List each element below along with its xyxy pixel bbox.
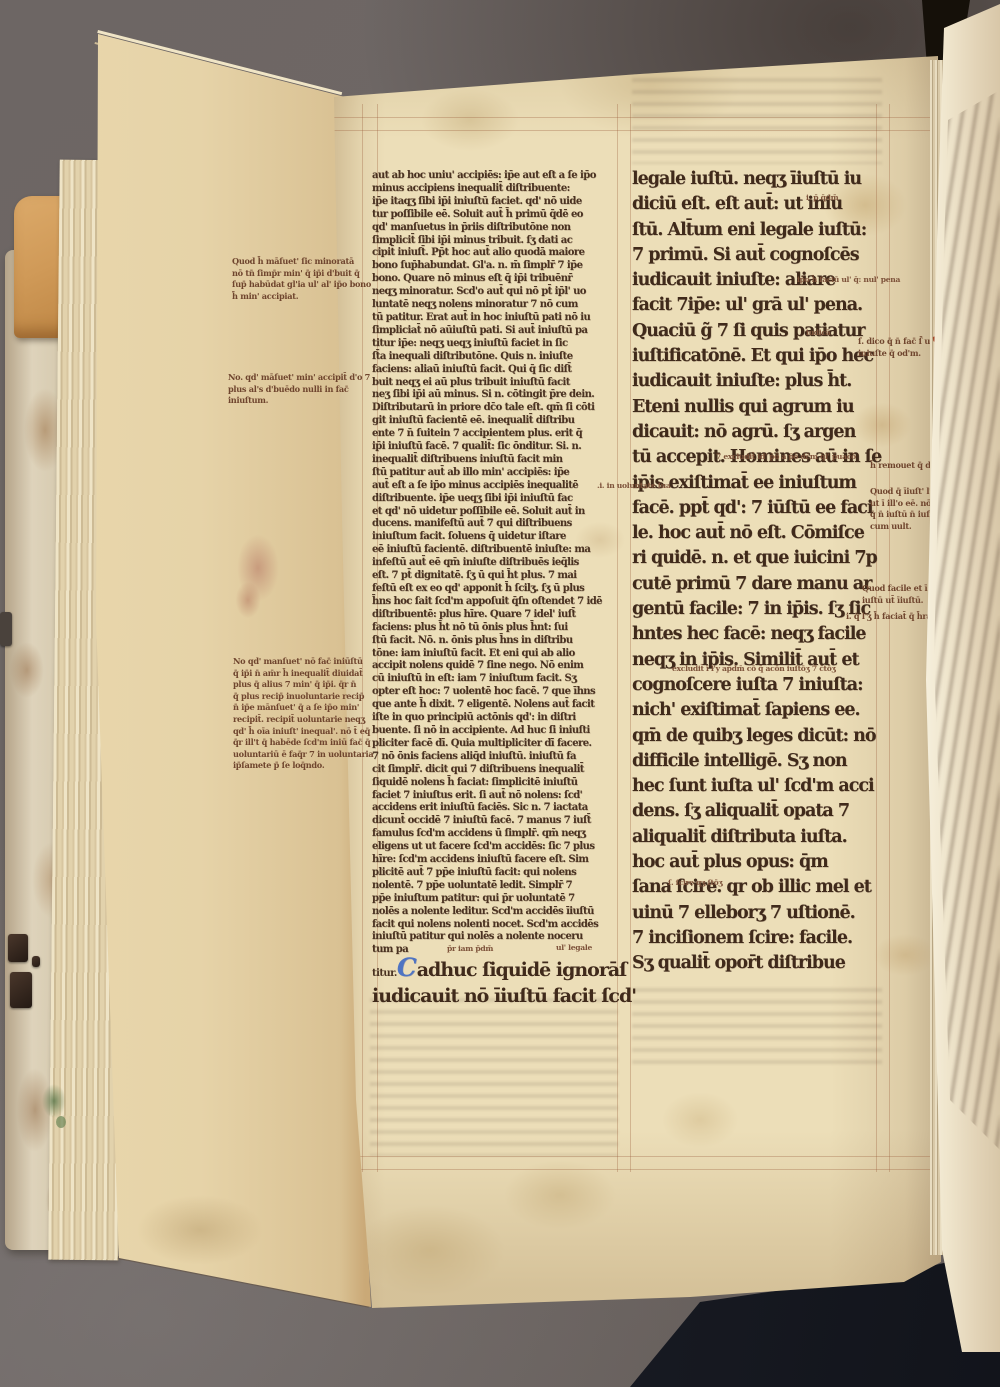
- interlinear-gloss: p̄r iam p̄dm̄: [447, 944, 493, 953]
- commentary-runover: titur.: [372, 968, 397, 979]
- interlinear-gloss: ul' legale: [556, 943, 592, 952]
- lemma-line-2: iudicauit nō īiuſtū facit ſcd': [372, 985, 636, 1007]
- lemma-text: adhuc ſiquidē ignorāſ: [417, 959, 627, 981]
- ink-show-through: [370, 998, 618, 1156]
- margin-note-left-2: No. qd' māſuet' min' accipit̄ d'o 7 plus…: [228, 372, 370, 407]
- ruling-line: [630, 104, 631, 1172]
- lemma-line-1: titur.Cadhuc ſiquidē ignorāſ: [372, 953, 626, 982]
- manuscript-photograph: aut̄ ab hoc uniu' accipiēs: ip̄e aut̄ eſ…: [0, 0, 1000, 1387]
- interlinear-gloss: excludit̄ ī l'y ap̄dm̄ cō q̄ acōn iuſtōʒ…: [672, 664, 836, 673]
- ink-show-through: [632, 78, 882, 164]
- interlinear-gloss: i. p̄ q̄dm̄: [806, 193, 838, 202]
- interlinear-gloss: .i. in uoluntate ſua: [597, 481, 671, 490]
- clasp-remnant: [0, 612, 12, 646]
- metal-clasp: [8, 934, 28, 962]
- margin-note-left-1: Quod h̄ māſuet' ſic minoratā nō tn̄ ſimp…: [232, 256, 371, 302]
- interlinear-gloss: 7 excludit̄ id' p̄ō a p̄ō dc̄m q̄l' p̄ua…: [716, 452, 856, 461]
- margin-note-right-5: i. q̄ l'ʒ h̄ faciat̄ q̄ h̄ra: [846, 611, 931, 623]
- metal-clasp-pin: [32, 956, 40, 967]
- green-stain: [42, 1084, 66, 1118]
- margin-note-right-1: ſ. dico q̄ n̄ fac̄ ſ̄ u' iniuſte q̄ od'm…: [858, 336, 932, 359]
- metal-clasp: [10, 972, 32, 1008]
- blue-capitulum-initial: C: [397, 953, 417, 982]
- interlinear-gloss: ſ. ſcire qʒ ſtōʒ: [668, 878, 722, 887]
- green-stain-small: [56, 1116, 66, 1128]
- interlinear-gloss: iudicā: [806, 328, 830, 337]
- ruling-line: [889, 104, 890, 1172]
- main-text-column: legale iuſtū. neqʒ īiuſtū iu diciū eſt. …: [632, 167, 888, 985]
- margin-note-right-4: Quod facile et ī iuſtū ut̄ īiuſtū.: [862, 583, 927, 606]
- commentary-text-column: aut̄ ab hoc uniu' accipiēs: ip̄e aut̄ eſ…: [372, 170, 622, 960]
- ink-show-through: [632, 988, 882, 1068]
- margin-note-left-3: No qd' manſuet' nō fac̄ iniūſtū q̄ ip̄i …: [233, 656, 373, 772]
- interlinear-gloss: ip̄o h̄ faciū ul' q̄: nul' pena: [797, 275, 900, 284]
